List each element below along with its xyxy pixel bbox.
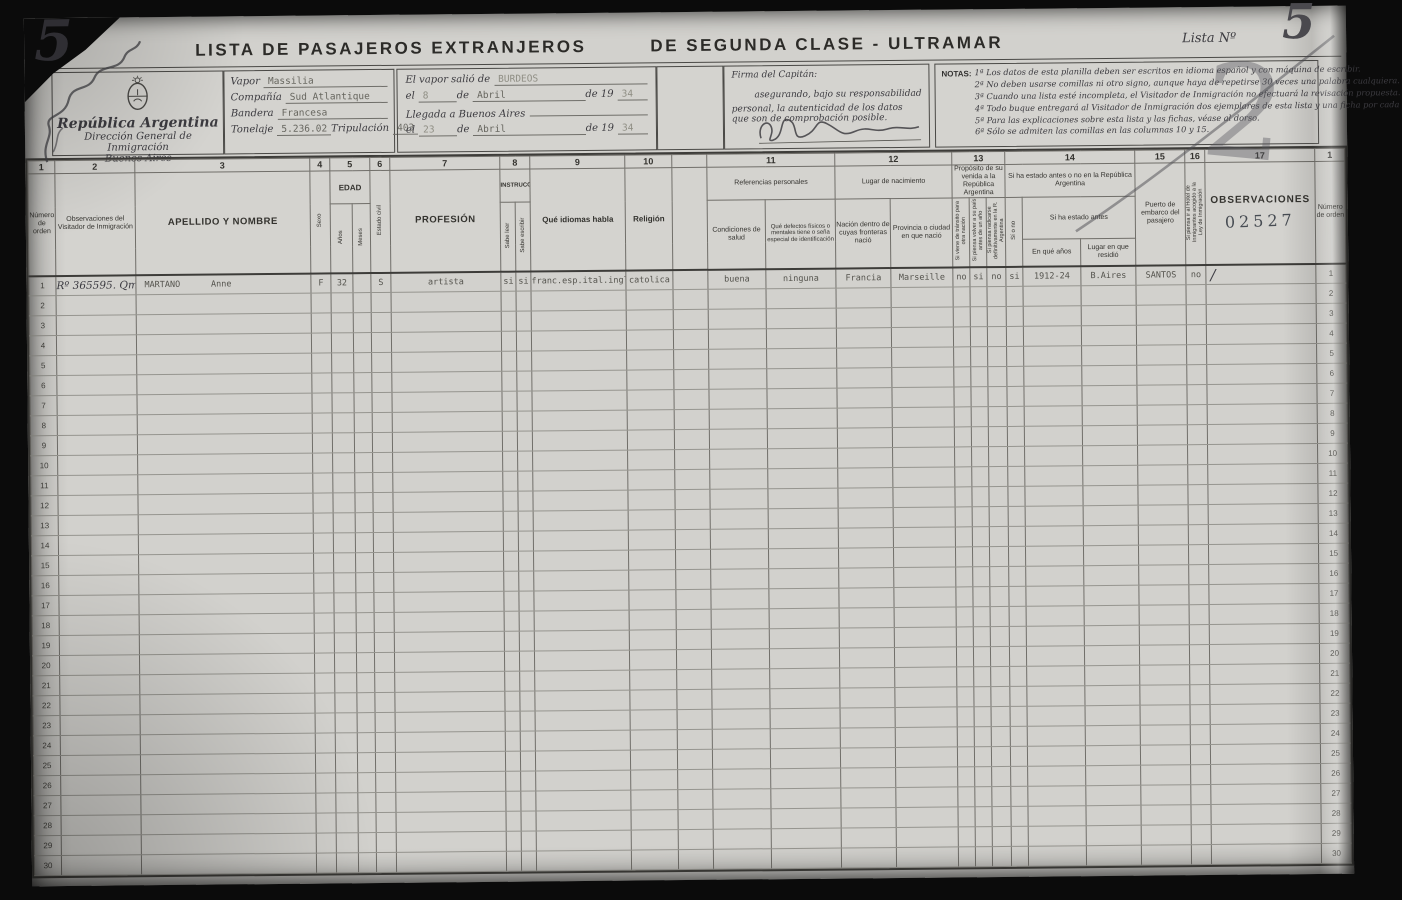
cell-observaciones	[1211, 784, 1321, 805]
cell-hotel	[1189, 605, 1209, 625]
cell-p13c	[989, 467, 1008, 487]
cell-estuvo	[1006, 286, 1023, 306]
cell-religion	[627, 390, 674, 410]
cell-puerto	[1138, 465, 1188, 485]
cell-observaciones	[1209, 544, 1319, 565]
cell-anios	[332, 373, 354, 393]
cell-estuvo_anios	[1027, 726, 1085, 747]
cell-salud	[708, 309, 766, 330]
cell-observaciones	[1206, 304, 1316, 325]
cell-nacion	[839, 608, 894, 629]
cell-puerto	[1141, 785, 1191, 805]
cell-estuvo	[1010, 666, 1027, 686]
cell-anios	[335, 693, 357, 713]
cell-anios	[333, 473, 355, 493]
cell-salud	[713, 789, 771, 810]
cell-provincia	[896, 827, 958, 848]
colnum-5: 5	[330, 158, 370, 171]
cell-religion	[627, 410, 674, 430]
cell-anios	[334, 613, 356, 633]
cell-nombre	[140, 673, 315, 695]
cell-observaciones	[1206, 284, 1316, 305]
cell-sexo	[312, 393, 332, 413]
cell-nombre	[136, 293, 311, 315]
cell-estuvo_anios	[1024, 426, 1082, 447]
cell-sexo	[311, 293, 331, 313]
cell-estuvo_lugar	[1081, 305, 1136, 326]
cell-lee	[503, 451, 518, 471]
header-instruccion: INSTRUCCIÓN	[500, 169, 530, 202]
cell-n: 20	[32, 656, 59, 676]
cell-idiomas	[536, 830, 631, 851]
cell-provincia	[895, 747, 957, 768]
cell-nacion	[841, 828, 896, 849]
cell-estado	[372, 353, 392, 373]
cell-anios	[333, 533, 355, 553]
cell-estado	[374, 593, 394, 613]
cell-nombre	[140, 713, 315, 735]
cell-estado	[376, 813, 396, 833]
cell-estuvo_anios	[1027, 666, 1085, 687]
cell-n: 27	[34, 796, 61, 816]
cell-provincia	[893, 527, 955, 548]
header-condiciones-salud: Condiciones de salud	[707, 200, 766, 270]
cell-idiomas: franc.esp.ital.ingl	[531, 270, 626, 291]
cell-estuvo_lugar	[1085, 685, 1140, 706]
cell-p13a	[954, 347, 971, 367]
cell-defectos	[771, 768, 841, 789]
cell-meses	[353, 273, 371, 293]
cell-provincia	[892, 347, 954, 368]
cell-nombre	[136, 333, 311, 355]
cell-observaciones	[1211, 764, 1321, 785]
cell-obs	[58, 495, 138, 516]
cell-n2: 14	[1318, 523, 1348, 543]
colnum-10: 10	[625, 155, 672, 168]
cell-meses	[356, 653, 374, 673]
cell-estado	[373, 493, 393, 513]
cell-meses	[353, 313, 371, 333]
cell-estuvo_lugar	[1084, 545, 1139, 566]
cell-p13b	[974, 727, 991, 747]
cell-profesion	[395, 691, 505, 712]
cell-provincia	[895, 707, 957, 728]
cell-p13a	[955, 487, 972, 507]
cell-defectos	[769, 608, 839, 629]
cell-blank	[673, 329, 708, 349]
cell-puerto: SANTOS	[1136, 265, 1186, 285]
cell-profesion	[395, 711, 505, 732]
cell-nacion	[838, 488, 893, 509]
cell-estuvo_lugar	[1082, 425, 1137, 446]
cell-idiomas	[532, 350, 627, 371]
cell-escribe	[519, 651, 534, 671]
cell-blank	[675, 489, 710, 509]
cell-estuvo_anios	[1024, 346, 1082, 367]
ship-info-box: Vapor Massilia Compañía Sud Atlantique B…	[223, 69, 395, 155]
cell-provincia	[896, 767, 958, 788]
cell-sexo	[311, 313, 331, 333]
cell-provincia	[893, 507, 955, 528]
cell-profesion	[396, 831, 506, 852]
cell-religion	[627, 430, 674, 450]
cell-p13b	[973, 547, 990, 567]
cell-p13b	[971, 407, 988, 427]
cell-escribe	[517, 391, 532, 411]
salida-dia-value: 8	[419, 90, 457, 102]
cell-sexo	[315, 753, 335, 773]
cell-estado	[372, 373, 392, 393]
cell-anios	[331, 293, 353, 313]
header-defectos: Qué defectos físicos o mentales tiene o …	[765, 199, 836, 269]
cell-puerto	[1141, 805, 1191, 825]
compania-value: Sud Atlantique	[286, 91, 388, 104]
cell-blank	[676, 629, 711, 649]
cell-estuvo	[1011, 766, 1028, 786]
cell-lee	[506, 831, 521, 851]
cell-estuvo_lugar	[1083, 525, 1138, 546]
cell-idiomas	[535, 710, 630, 731]
cell-hotel: no	[1186, 265, 1206, 285]
cell-blank	[677, 709, 712, 729]
cell-p13b	[974, 707, 991, 727]
cell-provincia	[892, 367, 954, 388]
cell-nombre	[138, 533, 313, 555]
cell-n2: 19	[1319, 623, 1349, 643]
cell-observaciones	[1210, 684, 1320, 705]
cell-provincia	[894, 567, 956, 588]
cell-obs	[57, 415, 137, 436]
header-meses: Meses	[352, 204, 371, 273]
cell-n: 29	[34, 836, 61, 856]
cell-estado	[372, 413, 392, 433]
cell-lee	[505, 751, 520, 771]
cell-n: 6	[30, 376, 57, 396]
cell-defectos	[770, 708, 840, 729]
cell-p13c	[991, 647, 1010, 667]
cell-nombre	[139, 613, 314, 635]
cell-anios	[333, 493, 355, 513]
llegada-label: Llegada a Buenos Aires	[406, 109, 526, 121]
cell-nacion	[840, 688, 895, 709]
cell-nacion	[840, 728, 895, 749]
cell-blank	[674, 389, 709, 409]
cell-p13a	[956, 627, 973, 647]
cell-nacion	[840, 668, 895, 689]
cell-nacion	[838, 528, 893, 549]
cell-p13a	[954, 407, 971, 427]
cell-sexo	[316, 833, 336, 853]
cell-nombre	[138, 493, 313, 515]
cell-estuvo	[1011, 846, 1028, 866]
cell-idiomas	[533, 510, 628, 531]
cell-p13b	[972, 527, 989, 547]
cell-meses	[358, 773, 376, 793]
cell-observaciones	[1206, 324, 1316, 345]
cell-anios	[335, 733, 357, 753]
cell-p13b	[975, 827, 992, 847]
cell-blank	[676, 649, 711, 669]
cell-defectos	[770, 728, 840, 749]
cell-profesion	[396, 811, 506, 832]
cell-defectos	[768, 488, 838, 509]
cell-profesion	[392, 431, 502, 452]
cell-sexo	[315, 713, 335, 733]
cell-puerto	[1137, 365, 1187, 385]
cell-n2: 4	[1316, 323, 1346, 343]
cell-idiomas	[533, 490, 628, 511]
cell-estuvo_anios	[1025, 506, 1083, 527]
cell-profesion	[394, 631, 504, 652]
cell-salud	[709, 389, 767, 410]
cell-n2: 9	[1317, 423, 1347, 443]
cell-provincia	[896, 787, 958, 808]
cell-nacion	[836, 328, 891, 349]
cell-puerto	[1136, 305, 1186, 325]
cell-n2: 18	[1319, 603, 1349, 623]
cell-p13a: no	[953, 267, 970, 287]
cell-estuvo_anios	[1028, 806, 1086, 827]
cell-provincia	[896, 807, 958, 828]
cell-p13a	[955, 467, 972, 487]
cell-religion	[628, 470, 675, 490]
cell-estuvo	[1010, 706, 1027, 726]
cell-observaciones	[1209, 604, 1319, 625]
cell-estuvo_anios	[1026, 566, 1084, 587]
cell-hotel	[1190, 725, 1210, 745]
cell-blank	[674, 409, 709, 429]
cell-n2: 20	[1319, 643, 1349, 663]
cell-estuvo	[1009, 566, 1026, 586]
cell-blank	[676, 569, 711, 589]
cell-hotel	[1190, 745, 1210, 765]
cell-escribe	[521, 811, 536, 831]
cell-observaciones: ∕	[1206, 264, 1316, 285]
cell-provincia	[896, 847, 958, 868]
cell-sexo	[315, 673, 335, 693]
cell-p13c	[991, 727, 1010, 747]
cell-obs	[57, 355, 137, 376]
cell-obs	[57, 435, 137, 456]
cell-estuvo_anios	[1027, 746, 1085, 767]
cell-nacion	[840, 748, 895, 769]
cell-p13c	[989, 507, 1008, 527]
cell-nacion	[841, 808, 896, 829]
cell-estuvo: si	[1006, 266, 1023, 286]
cell-puerto	[1138, 505, 1188, 525]
vapor-label: Vapor	[230, 76, 260, 87]
cell-religion	[630, 730, 677, 750]
cell-anios	[334, 653, 356, 673]
cell-meses	[358, 833, 376, 853]
header-en-que-anios: En qué años	[1023, 239, 1081, 267]
cell-estado	[371, 333, 391, 353]
cell-idiomas	[534, 630, 629, 651]
cell-nombre	[140, 753, 315, 775]
cell-estuvo_lugar	[1084, 605, 1139, 626]
cell-nombre	[137, 353, 312, 375]
cell-salud	[711, 569, 769, 590]
cell-p13a	[955, 527, 972, 547]
cell-blank	[676, 609, 711, 629]
cell-observaciones	[1207, 364, 1317, 385]
cell-escribe	[521, 851, 536, 871]
cell-hotel	[1190, 685, 1210, 705]
cell-estado	[373, 533, 393, 553]
cell-puerto	[1141, 825, 1191, 845]
cell-n: 17	[32, 596, 59, 616]
cell-p13b	[975, 847, 992, 867]
cell-n2: 28	[1321, 803, 1351, 823]
cell-obs	[58, 455, 138, 476]
cell-escribe	[518, 511, 533, 531]
cell-estuvo	[1011, 806, 1028, 826]
cell-p13b	[975, 767, 992, 787]
cell-anios	[334, 633, 356, 653]
cell-nombre	[141, 813, 316, 835]
cell-idiomas	[534, 550, 629, 571]
cell-estuvo	[1008, 506, 1025, 526]
cell-estuvo_lugar	[1085, 705, 1140, 726]
cell-n2: 10	[1318, 443, 1348, 463]
cell-puerto	[1140, 705, 1190, 725]
cell-religion	[629, 630, 676, 650]
tonelaje-label: Tonelaje	[231, 124, 274, 135]
cell-estuvo_lugar	[1083, 445, 1138, 466]
cell-estuvo	[1008, 466, 1025, 486]
cell-nombre	[139, 633, 314, 655]
cell-salud	[709, 429, 767, 450]
cell-p13c	[992, 787, 1011, 807]
cell-estuvo_lugar	[1086, 805, 1141, 826]
cell-estuvo	[1010, 746, 1027, 766]
cell-hotel	[1189, 625, 1209, 645]
cell-idiomas	[531, 290, 626, 311]
cell-puerto	[1140, 685, 1190, 705]
cell-profesion	[395, 751, 505, 772]
cell-nacion	[837, 408, 892, 429]
cell-blank	[674, 369, 709, 389]
cell-estuvo_anios	[1024, 386, 1082, 407]
cell-nacion	[839, 568, 894, 589]
llegada-dia-value: 23	[419, 124, 457, 136]
cell-blank	[673, 269, 708, 289]
cell-estuvo	[1011, 786, 1028, 806]
cell-salud	[709, 369, 767, 390]
header-edad: EDAD	[330, 171, 370, 205]
cell-provincia	[894, 587, 956, 608]
cell-religion	[630, 670, 677, 690]
cell-estuvo_lugar	[1084, 645, 1139, 666]
cell-puerto	[1136, 325, 1186, 345]
cell-lee	[504, 591, 519, 611]
cell-religion	[631, 830, 678, 850]
cell-estuvo_anios	[1027, 706, 1085, 727]
cell-estuvo_anios	[1026, 586, 1084, 607]
cell-lee	[505, 691, 520, 711]
cell-estuvo_lugar	[1086, 845, 1141, 866]
cell-observaciones	[1209, 584, 1319, 605]
cell-observaciones	[1210, 744, 1320, 765]
cell-estuvo_lugar	[1083, 505, 1138, 526]
cell-observaciones	[1207, 384, 1317, 405]
cell-salud	[712, 669, 770, 690]
cell-obs	[57, 375, 137, 396]
cell-p13a	[953, 327, 970, 347]
cell-puerto	[1139, 625, 1189, 645]
header-provincia: Provincia o ciudad en que nació	[890, 198, 953, 268]
cell-religion	[628, 450, 675, 470]
cell-p13b	[974, 667, 991, 687]
cell-religion	[628, 510, 675, 530]
cell-anios	[332, 433, 354, 453]
cell-p13c	[991, 687, 1010, 707]
cell-salud	[709, 409, 767, 430]
cell-estuvo_lugar	[1086, 825, 1141, 846]
cell-defectos	[769, 568, 839, 589]
cell-nacion	[837, 428, 892, 449]
cell-profesion	[392, 411, 502, 432]
cell-p13c	[992, 827, 1011, 847]
cell-meses	[356, 633, 374, 653]
cell-sexo	[314, 593, 334, 613]
cell-meses	[353, 293, 371, 313]
cell-defectos	[767, 428, 837, 449]
cell-anios	[334, 593, 356, 613]
cell-profesion	[395, 671, 505, 692]
cell-idiomas	[532, 390, 627, 411]
cell-p13c	[989, 527, 1008, 547]
cell-escribe	[520, 731, 535, 751]
cell-escribe	[519, 611, 534, 631]
cell-sexo	[313, 533, 333, 553]
cell-estuvo_lugar	[1082, 405, 1137, 426]
cell-estuvo_anios	[1023, 306, 1081, 327]
cell-puerto	[1141, 765, 1191, 785]
cell-observaciones	[1210, 704, 1320, 725]
cell-profesion	[391, 311, 501, 332]
cell-meses	[355, 513, 373, 533]
cell-p13b	[973, 607, 990, 627]
cell-meses	[357, 713, 375, 733]
cell-p13a	[958, 767, 975, 787]
cell-idiomas	[534, 590, 629, 611]
cell-lee	[505, 671, 520, 691]
cell-salud	[709, 349, 767, 370]
cell-defectos	[769, 648, 839, 669]
cell-defectos	[768, 448, 838, 469]
cell-religion	[631, 790, 678, 810]
cell-n: 19	[32, 636, 59, 656]
cell-meses	[355, 533, 373, 553]
cell-sexo	[316, 793, 336, 813]
cell-p13a	[956, 567, 973, 587]
cell-observaciones	[1210, 724, 1320, 745]
cell-nacion	[841, 768, 896, 789]
cell-n2: 26	[1321, 763, 1351, 783]
cell-nacion	[839, 648, 894, 669]
cell-p13a	[958, 847, 975, 867]
title-right: DE SEGUNDA CLASE - ULTRAMAR	[650, 33, 1003, 56]
cell-defectos	[771, 808, 841, 829]
cell-religion	[626, 330, 673, 350]
cell-estuvo_lugar	[1085, 665, 1140, 686]
cell-nombre	[140, 693, 315, 715]
cell-escribe	[521, 831, 536, 851]
cell-p13a	[954, 367, 971, 387]
cell-provincia	[892, 387, 954, 408]
cell-nombre	[141, 833, 316, 855]
